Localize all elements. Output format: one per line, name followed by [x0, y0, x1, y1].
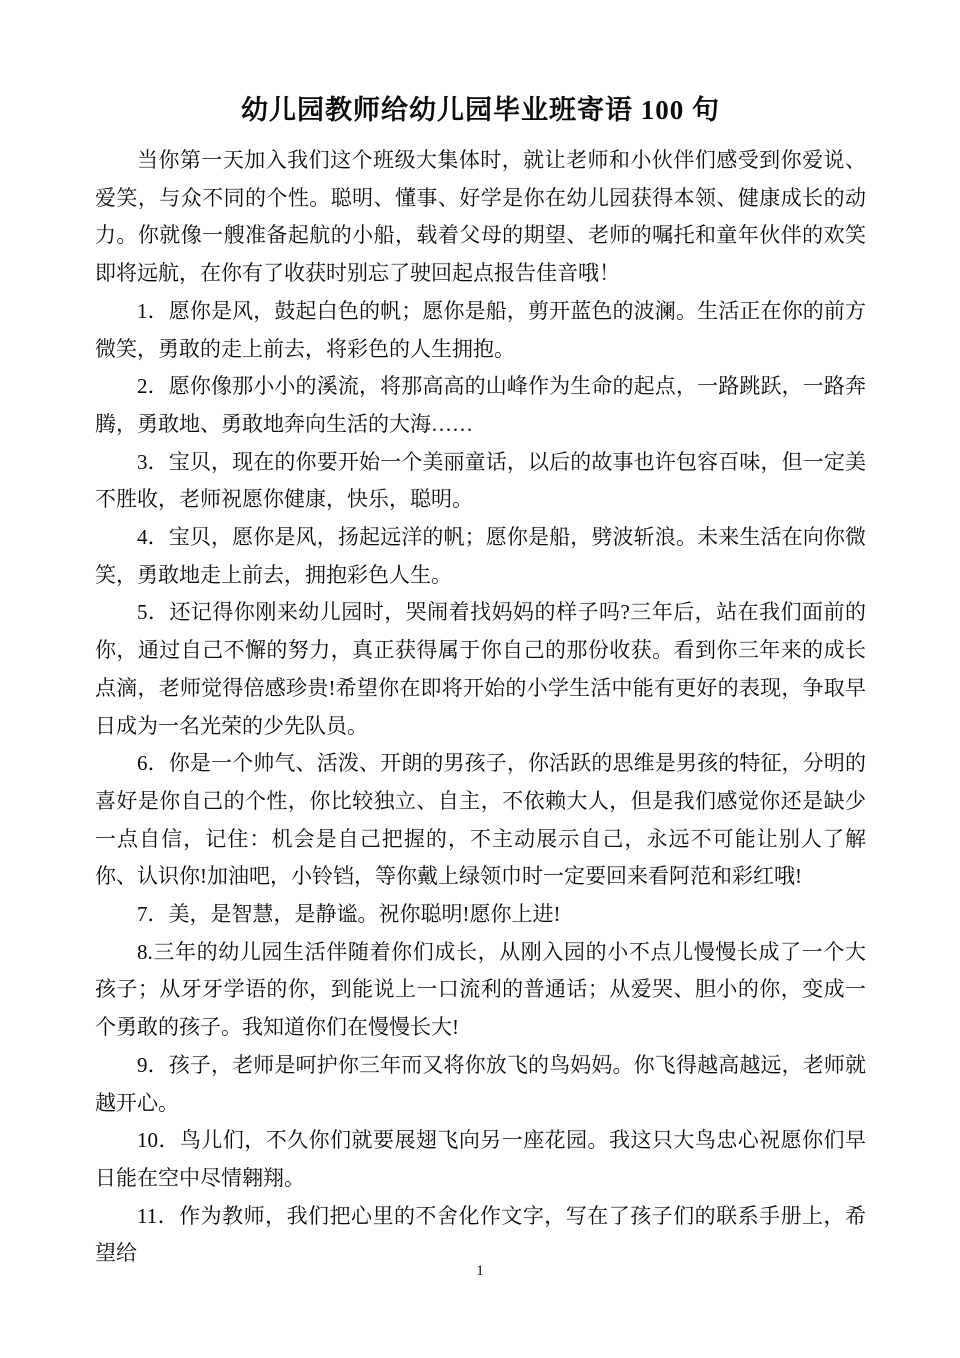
message-item-8: 8.三年的幼儿园生活伴随着你们成长，从刚入园的小不点儿慢慢长成了一个大孩子；从牙…: [95, 934, 866, 1047]
message-item-11: 11．作为教师，我们把心里的不舍化作文字，写在了孩子们的联系手册上，希望给: [95, 1198, 866, 1273]
document-title: 幼儿园教师给幼儿园毕业班寄语 100 句: [95, 92, 866, 128]
document-content: 幼儿园教师给幼儿园毕业班寄语 100 句 当你第一天加入我们这个班级大集体时，就…: [0, 0, 960, 1273]
message-item-4: 4．宝贝，愿你是风，扬起远洋的帆；愿你是船，劈波斩浪。未来生活在向你微笑，勇敢地…: [95, 519, 866, 594]
message-item-1: 1．愿你是风，鼓起白色的帆；愿你是船，剪开蓝色的波澜。生活正在你的前方微笑，勇敢…: [95, 293, 866, 368]
message-item-7: 7．美，是智慧，是静谧。祝你聪明!愿你上进!: [95, 896, 866, 934]
message-item-5: 5．还记得你刚来幼儿园时，哭闹着找妈妈的样子吗?三年后，站在我们面前的你，通过自…: [95, 594, 866, 745]
message-item-2: 2．愿你像那小小的溪流，将那高高的山峰作为生命的起点，一路跳跃，一路奔腾，勇敢地…: [95, 368, 866, 443]
message-item-6: 6．你是一个帅气、活泼、开朗的男孩子，你活跃的思维是男孩的特征，分明的喜好是你自…: [95, 745, 866, 896]
message-item-3: 3．宝贝，现在的你要开始一个美丽童话，以后的故事也许包容百味，但一定美不胜收，老…: [95, 444, 866, 519]
message-item-10: 10．鸟儿们，不久你们就要展翅飞向另一座花园。我这只大鸟忠心祝愿你们早日能在空中…: [95, 1122, 866, 1197]
document-page: 幼儿园教师给幼儿园毕业班寄语 100 句 当你第一天加入我们这个班级大集体时，就…: [0, 0, 960, 1358]
intro-paragraph: 当你第一天加入我们这个班级大集体时，就让老师和小伙伴们感受到你爱说、爱笑，与众不…: [95, 142, 866, 293]
page-number: 1: [0, 1263, 960, 1280]
message-item-9: 9．孩子，老师是呵护你三年而又将你放飞的鸟妈妈。你飞得越高越远，老师就越开心。: [95, 1047, 866, 1122]
